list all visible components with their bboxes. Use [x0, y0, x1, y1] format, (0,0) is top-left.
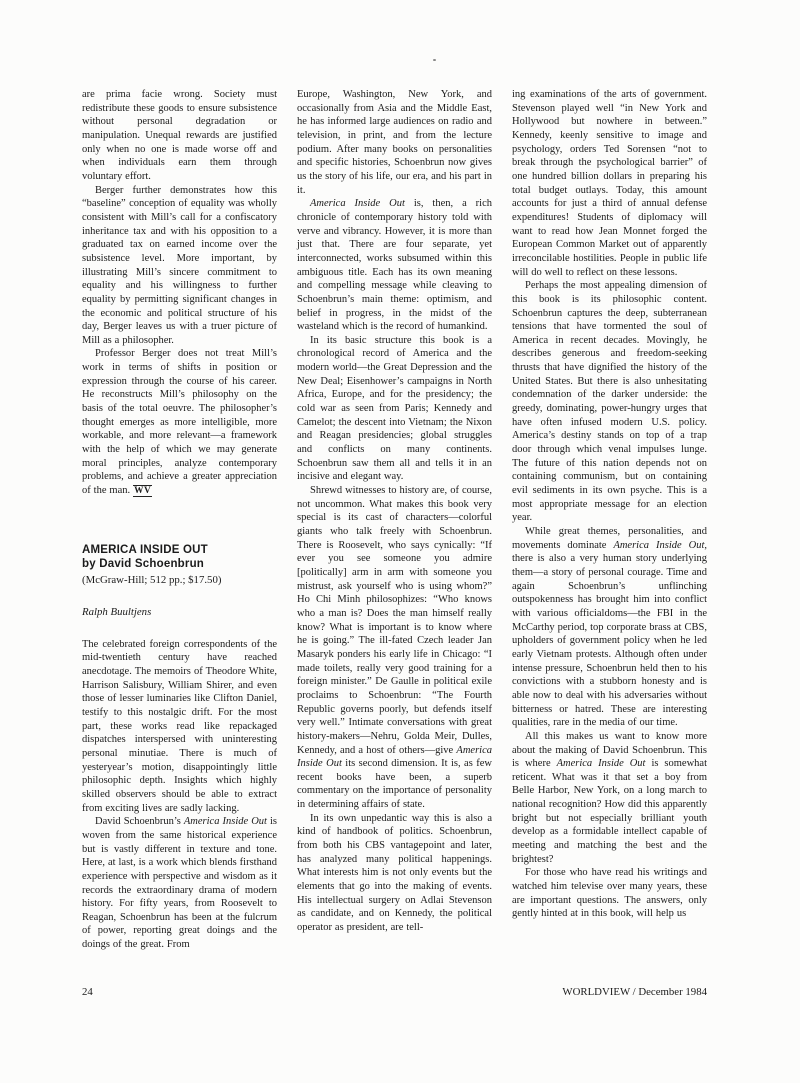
book-author: by David Schoenbrun: [82, 557, 277, 572]
review-header: AMERICA INSIDE OUT by David Schoenbrun (…: [82, 543, 277, 588]
paragraph: America Inside Out is, then, a rich chro…: [297, 197, 492, 334]
book-title: AMERICA INSIDE OUT: [82, 543, 277, 558]
paragraph: ing examinations of the arts of governme…: [512, 88, 707, 279]
paragraph: Europe, Washington, New York, and occasi…: [297, 88, 492, 197]
paragraph: David Schoenbrun’s America Inside Out is…: [82, 815, 277, 952]
paragraph: The celebrated foreign correspondents of…: [82, 638, 277, 816]
paragraph: Shrewd witnesses to history are, of cour…: [297, 484, 492, 812]
paragraph: For those who have read his writings and…: [512, 866, 707, 921]
paragraph: While great themes, personalities, and m…: [512, 525, 707, 730]
paragraph: Perhaps the most appealing dimension of …: [512, 279, 707, 525]
paragraph: are prima facie wrong. Society must redi…: [82, 88, 277, 184]
paragraph: All this makes us want to know more abou…: [512, 730, 707, 867]
column-2: Europe, Washington, New York, and occasi…: [297, 88, 492, 952]
paragraph: In its basic structure this book is a ch…: [297, 334, 492, 484]
paragraph-with-end-marker: Professor Berger does not treat Mill’s w…: [82, 347, 277, 498]
column-3: ing examinations of the arts of governme…: [512, 88, 707, 952]
journal-name-date: WORLDVIEW / December 1984: [562, 986, 707, 998]
scan-artifact-dot: [433, 59, 436, 61]
paragraph: In its own unpedantic way this is also a…: [297, 812, 492, 935]
book-publisher-info: (McGraw-Hill; 512 pp.; $17.50): [82, 573, 277, 588]
page-footer: 24 WORLDVIEW / December 1984: [82, 986, 707, 998]
page-number: 24: [82, 986, 93, 998]
magazine-page: are prima facie wrong. Society must redi…: [0, 0, 800, 1083]
text-columns: are prima facie wrong. Society must redi…: [82, 88, 707, 952]
reviewer-byline: Ralph Buultjens: [82, 605, 277, 619]
column-1: are prima facie wrong. Society must redi…: [82, 88, 277, 952]
paragraph: Berger further demonstrates how this “ba…: [82, 184, 277, 348]
